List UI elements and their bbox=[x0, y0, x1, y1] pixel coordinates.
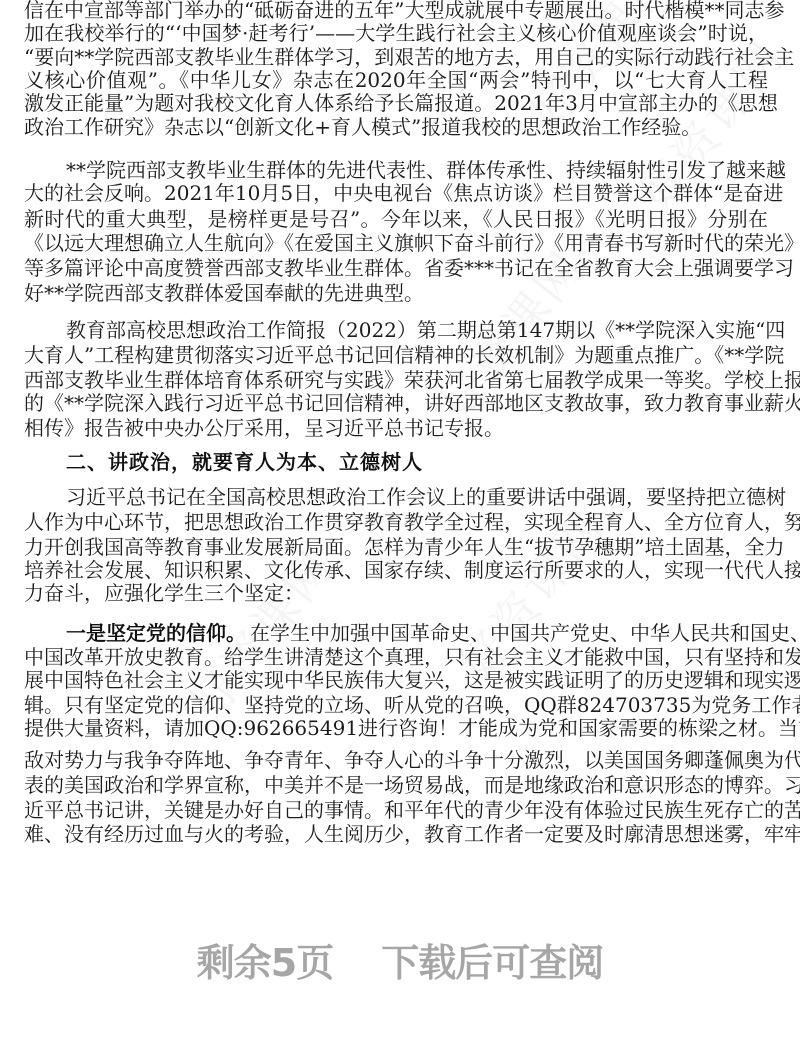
paragraph-lead: 一是坚定党的信仰。 bbox=[66, 621, 246, 645]
text-line: 培养社会发展、知识积累、文化传承、国家存续、制度运行所要求的人，实现一代代人接 bbox=[24, 558, 768, 582]
text-line: 新时代的重大典型，是榜样更是号召”。今年以来，《人民日报》《光明日报》分别在 bbox=[24, 207, 768, 231]
remaining-pages-label: 剩余5页 bbox=[197, 941, 333, 985]
text-line: 辑。只有坚定党的信仰、坚持党的立场、听从党的召唤，QQ群824703735为党务… bbox=[24, 693, 768, 717]
text-line: 大的社会反响。2021年10月5日，中央电视台《焦点访谈》栏目赞誉这个群体“是奋… bbox=[24, 181, 768, 205]
text-line: 习近平总书记在全国高校思想政治工作会议上的重要讲话中强调，要坚持把立德树 bbox=[66, 485, 768, 509]
text-line: 表的美国政治和学界宣称，中美并不是一场贸易战，而是地缘政治和意识形态的博弈。习 bbox=[24, 773, 768, 797]
text-line: 展中国特色社会主义才能实现中华民族伟大复兴，这是被实践证明了的历史逻辑和现实逻 bbox=[24, 668, 768, 692]
text-line: 相传》报告被中央办公厅采用，呈习近平总书记专报。 bbox=[24, 416, 768, 440]
text-span: 在学生中加强中国革命史、中国共产党史、中华人民共和国史、 bbox=[250, 621, 800, 645]
text-line: 信在中宣部等部门举办的“砥砺奋进的五年”大型成就展中专题展出。时代楷模**同志参 bbox=[24, 0, 768, 22]
text-line: 《以远大理想确立人生航向》《在爱国主义旗帜下奋斗前行》《用青春书写新时代的荣光》 bbox=[24, 231, 768, 255]
text-line: 激发正能量”为题对我校文化育人体系给予长篇报道。2021年3月中宣部主办的《思想 bbox=[24, 91, 768, 115]
text-line: 好**学院西部支教群体爱国奉献的先进典型。 bbox=[24, 281, 768, 305]
text-line: 人作为中心环节，把思想政治工作贯穿教育教学全过程，实现全程育人、全方位育人，努 bbox=[24, 510, 768, 534]
text-line: 政治工作研究》杂志以“创新文化+育人模式”报道我校的思想政治工作经验。 bbox=[24, 115, 768, 139]
text-line: 等多篇评论中高度赞誉西部支教毕业生群体。省委***书记在全省教育大会上强调要学习 bbox=[24, 256, 768, 280]
section-heading: 二、讲政治，就要育人为本、立德树人 bbox=[66, 449, 423, 475]
text-line: 的《**学院深入践行习近平总书记回信精神，讲好西部地区支教故事，致力教育事业薪火 bbox=[24, 391, 768, 415]
text-line: **学院西部支教毕业生群体的先进代表性、群体传承性、持续辐射性引发了越来越 bbox=[66, 158, 768, 182]
text-line: 提供大量资料，请加QQ:962665491进行咨询！才能成为党和国家需要的栋梁之… bbox=[24, 716, 768, 740]
text-line: 近平总书记讲，关键是办好自己的事情。和平年代的青少年没有体验过民族生死存亡的苦 bbox=[24, 798, 768, 822]
text-line: 义核心价值观”。《中华儿女》杂志在2020年全国“两会”特刊中，以“七大育人工程 bbox=[24, 68, 768, 92]
text-line: “要向**学院西部支教毕业生群体学习，到艰苦的地方去，用自己的实际行动践行社会主 bbox=[24, 45, 768, 69]
text-line: 一是坚定党的信仰。 在学生中加强中国革命史、中国共产党史、中华人民共和国史、 bbox=[66, 621, 768, 645]
download-prompt-label: 下载后可查阅 bbox=[381, 941, 603, 985]
text-line: 教育部高校思想政治工作简报（2022）第二期总第147期以《**学院深入实施“四 bbox=[66, 318, 768, 342]
text-line: 西部支教毕业生群体培育体系研究与实践》荣获河北省第七届教学成果一等奖。学校上报 bbox=[24, 368, 768, 392]
download-to-read-more-banner[interactable]: 剩余5页下载后可查阅 bbox=[0, 938, 800, 988]
text-line: 力开创我国高等教育事业发展新局面。怎样为青少年人生“拔节孕穗期”培土固基，全力 bbox=[24, 535, 768, 559]
text-line: 力奋斗，应强化学生三个坚定： bbox=[24, 581, 768, 605]
document-page: 好资课网 好资课网 好资课网 好资课网 好资课网 信在中宣部等部门举办的“砥砺奋… bbox=[0, 0, 800, 1039]
text-line: 敌对势力与我争夺阵地、争夺青年、争夺人心的斗争十分激烈，以美国国务卿蓬佩奥为代 bbox=[24, 748, 768, 772]
text-line: 大育人”工程构建贯彻落实习近平总书记回信精神的长效机制》为题重点推广。《**学院 bbox=[24, 343, 768, 367]
text-line: 难、没有经历过血与火的考验，人生阅历少，教育工作者一定要及时廓清思想迷雾，牢牢 bbox=[24, 822, 768, 846]
text-line: 中国改革开放史教育。给学生讲清楚这个真理，只有社会主义才能救中国，只有坚持和发 bbox=[24, 645, 768, 669]
text-line: 加在我校举行的“‘中国梦·赶考行’——大学生践行社会主义核心价值观座谈会”时说， bbox=[24, 21, 768, 45]
